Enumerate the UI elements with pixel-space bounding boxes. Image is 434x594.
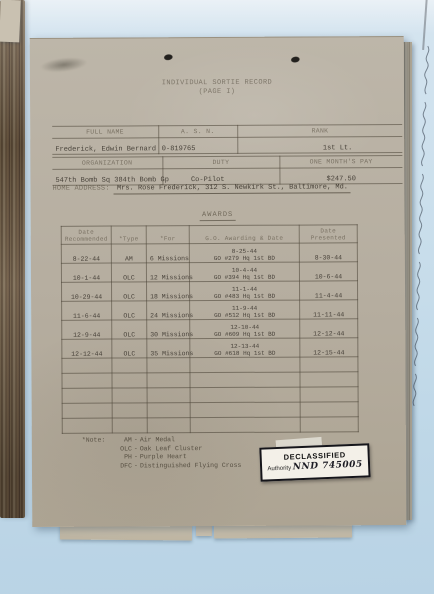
col-date-presented: Date Presented	[299, 225, 357, 243]
cell-type: OLC	[112, 282, 147, 301]
cell-recommended: 11-6-44	[62, 301, 112, 320]
go-order: GO #279 Hq 1st BD	[190, 255, 299, 263]
organization-table: ORGANIZATION DUTY ONE MONTH'S PAY 547th …	[52, 155, 402, 186]
paper-bundle-spine	[0, 0, 25, 518]
cell-go: 12-10-44 GO #609 Hq 1st BD	[190, 319, 300, 339]
cell-missions: 6 Missions	[146, 244, 189, 263]
legend-abbr: AM	[110, 436, 132, 445]
empty-award-row	[62, 402, 358, 419]
cell-presented: 12-12-44	[300, 319, 358, 338]
identity-value-row: Frederick, Edwin Bernard 0-819765 1st Lt…	[52, 137, 402, 155]
award-row: 12-12-44 OLC 35 Missions 12-13-44 GO #61…	[62, 338, 358, 359]
authority-number: NND 745005	[293, 460, 363, 473]
awards-heading-text: AWARDS	[200, 211, 235, 221]
col-go-awarding: G.O. Awarding & Date	[189, 225, 299, 244]
legend-abbr: PH	[110, 453, 132, 462]
award-row: 10-1-44 OLC 12 Missions 10-4-44 GO #394 …	[61, 262, 357, 283]
awards-header-row: Date Recommended *Type *For G.O. Awardin…	[61, 225, 357, 245]
pencil-smudge	[39, 55, 88, 74]
cell-missions: 30 Missions	[147, 320, 190, 339]
rank-header: RANK	[237, 125, 402, 138]
title-line-2: (PAGE I)	[30, 87, 404, 98]
asn-header: A. S. N.	[158, 125, 237, 137]
home-address-label: HOME ADDRESS:	[52, 185, 109, 193]
award-row: 10-29-44 OLC 18 Missions 11-1-44 GO #483…	[62, 281, 358, 302]
col-date-recommended: Date Recommended	[61, 226, 111, 244]
paper-scrap	[0, 0, 21, 42]
full-name-header: FULL NAME	[52, 126, 158, 139]
cell-go: 11-1-44 GO #483 Hq 1st BD	[190, 281, 300, 301]
home-address-value: Mrs. Rose Frederick, 312 S. Newkirk St.,…	[114, 183, 351, 194]
cell-missions: 12 Missions	[146, 263, 189, 282]
rank-value: 1st Lt.	[237, 137, 402, 154]
awards-heading: AWARDS	[31, 202, 405, 222]
cell-missions: 24 Missions	[147, 301, 190, 320]
cell-missions: 35 Missions	[147, 339, 190, 358]
legend-dash: -	[132, 453, 140, 462]
cell-go: 8-25-44 GO #279 Hq 1st BD	[189, 243, 299, 263]
cell-presented: 11-4-44	[299, 281, 357, 300]
legend-dash: -	[132, 436, 140, 445]
scan-photo-background: INDIVIDUAL SORTIE RECORD (PAGE I) FULL N…	[0, 0, 434, 594]
pay-header: ONE MONTH'S PAY	[279, 156, 402, 169]
organization-header: ORGANIZATION	[52, 157, 162, 170]
col-for: *For	[146, 226, 189, 244]
cell-recommended: 8-22-44	[61, 244, 111, 263]
award-row: 11-6-44 OLC 24 Missions 11-9-44 GO #512 …	[62, 300, 358, 321]
cell-go: 12-13-44 GO #618 Hq 1st BD	[190, 338, 300, 358]
empty-award-row	[62, 357, 358, 374]
go-order: GO #609 Hq 1st BD	[190, 331, 299, 339]
pay-value: $247.50	[279, 168, 402, 185]
legend-dash: -	[132, 462, 140, 471]
cell-missions: 18 Missions	[147, 282, 190, 301]
organization-value: 547th Bomb Sq 384th Bomb Gp	[52, 169, 162, 186]
award-row: 12-9-44 OLC 30 Missions 12-10-44 GO #609…	[62, 319, 358, 340]
punch-hole-left	[163, 54, 173, 61]
cell-recommended: 12-12-44	[62, 339, 112, 358]
cell-presented: 10-6-44	[299, 262, 357, 281]
awards-table: Date Recommended *Type *For G.O. Awardin…	[61, 224, 359, 434]
document-page: INDIVIDUAL SORTIE RECORD (PAGE I) FULL N…	[30, 36, 407, 527]
empty-award-row	[62, 417, 358, 434]
document-title: INDIVIDUAL SORTIE RECORD (PAGE I)	[30, 78, 404, 98]
cell-go: 11-9-44 GO #512 Hq 1st BD	[190, 300, 300, 320]
legend-dash: -	[132, 445, 140, 454]
cell-type: OLC	[112, 320, 147, 339]
legend-abbr: DFC	[110, 462, 132, 471]
legend-abbr: OLC	[110, 445, 132, 454]
authority-label: Authority	[267, 465, 291, 472]
cell-presented: 8-30-44	[299, 243, 357, 262]
cell-recommended: 10-29-44	[62, 282, 112, 301]
identity-table: FULL NAME A. S. N. RANK Frederick, Edwin…	[52, 124, 402, 155]
go-order: GO #512 Hq 1st BD	[190, 312, 299, 320]
cell-presented: 11-11-44	[300, 300, 358, 319]
col-type: *Type	[111, 226, 146, 244]
cell-recommended: 10-1-44	[61, 263, 111, 282]
cell-type: AM	[111, 244, 146, 263]
cell-presented: 12-15-44	[300, 338, 358, 357]
declassified-sticker: DECLASSIFIED Authority NND 745005	[259, 443, 370, 481]
cell-type: OLC	[111, 263, 146, 282]
awards-legend: *Note: AM - Air Medal OLC - Oak Leaf Clu…	[82, 436, 242, 471]
punch-hole-right	[290, 56, 300, 63]
go-order: GO #483 Hq 1st BD	[190, 293, 299, 301]
asn-value: 0-819765	[158, 137, 237, 153]
award-row: 8-22-44 AM 6 Missions 8-25-44 GO #279 Hq…	[61, 243, 357, 264]
go-order: GO #394 Hq 1st BD	[190, 274, 299, 282]
full-name-value: Frederick, Edwin Bernard	[52, 138, 158, 155]
legend-meaning: Distinguished Flying Cross	[140, 461, 241, 470]
empty-award-row	[62, 387, 358, 404]
cell-go: 10-4-44 GO #394 Hq 1st BD	[189, 262, 299, 282]
cell-type: OLC	[112, 339, 147, 358]
go-order: GO #618 Hq 1st BD	[190, 350, 299, 358]
cell-recommended: 12-9-44	[62, 320, 112, 339]
cell-type: OLC	[112, 301, 147, 320]
legend-label: *Note:	[82, 437, 110, 446]
duty-value: Co-Pilot	[162, 168, 279, 185]
home-address-row: HOME ADDRESS: Mrs. Rose Frederick, 312 S…	[52, 183, 351, 193]
empty-award-row	[62, 372, 358, 389]
duty-header: DUTY	[162, 156, 279, 169]
